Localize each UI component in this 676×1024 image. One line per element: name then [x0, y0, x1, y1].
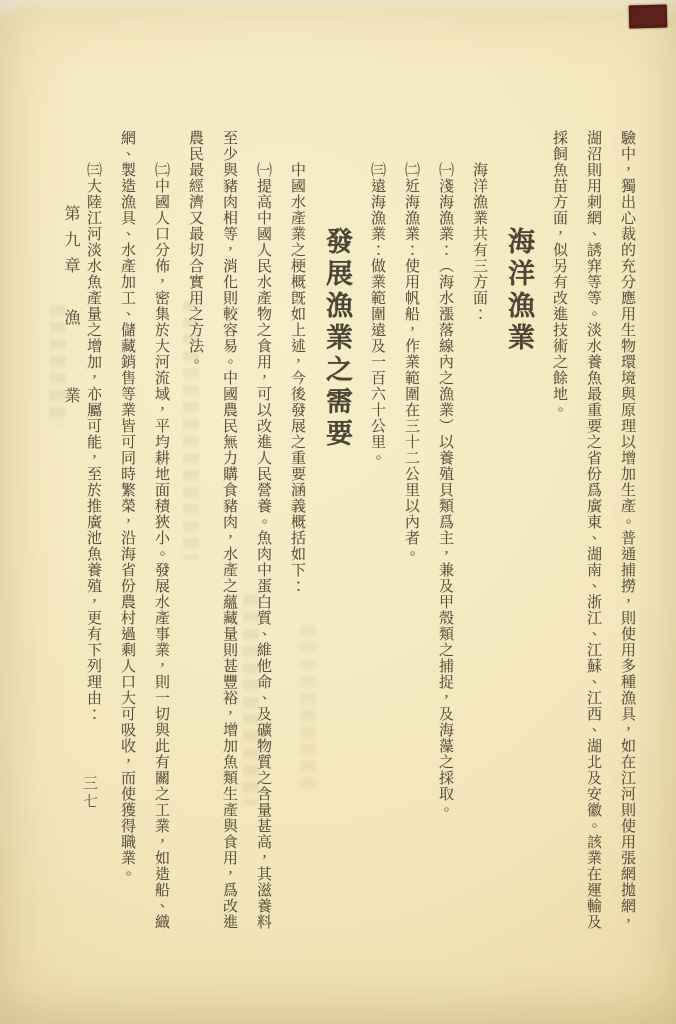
- page-body-text: 驗中，獨出心裁的充分應用生物環境與原理以增加生產。普通捕撈，則使用多種漁具，如在…: [76, 130, 644, 930]
- scanned-book-page: 驗中，獨出心裁的充分應用生物環境與原理以增加生產。普通捕撈，則使用多種漁具，如在…: [0, 0, 676, 1024]
- scan-corner-mark: [629, 5, 668, 29]
- page-number: 三七: [79, 775, 100, 811]
- chapter-header: 第九章 漁 業: [56, 205, 84, 413]
- paragraph-continued-freshwater-fishery: 驗中，獨出心裁的充分應用生物環境與原理以增加生產。普通捕撈，則使用多種漁具，如在…: [542, 130, 644, 930]
- section-heading-marine-fishery: 海洋漁業: [496, 130, 542, 930]
- marine-fishery-intro: 海洋漁業共有三方面：: [462, 130, 496, 930]
- development-need-item-2-employment: ㈡中國人口分佈，密集於大河流域，平均耕地面積狹小。發展水產事業，則一切與此有關之…: [110, 130, 178, 930]
- marine-fishery-item-1-shallow-sea: ㈠淺海漁業：（海水漲落線內之漁業）以養殖貝類爲主，兼及甲殼類之捕捉，及海藻之採取…: [428, 130, 462, 930]
- marine-fishery-item-2-inshore: ㈡近海漁業：使用帆船，作業範圍在三十二公里以內者。: [394, 130, 428, 930]
- section-heading-need-to-develop-fishery: 發展漁業之需要: [314, 130, 360, 930]
- development-need-item-1-nutrition: ㈠提高中國人民水產物之食用，可以改進人民營養。魚肉中蛋白質、維他命、及礦物質之含…: [178, 130, 280, 930]
- marine-fishery-item-3-deep-sea: ㈢遠海漁業：做業範圍遠及一百六十公里。: [360, 130, 394, 930]
- development-need-intro: 中國水產業之梗概旣如上述，今後發展之重要涵義概括如下：: [280, 130, 314, 930]
